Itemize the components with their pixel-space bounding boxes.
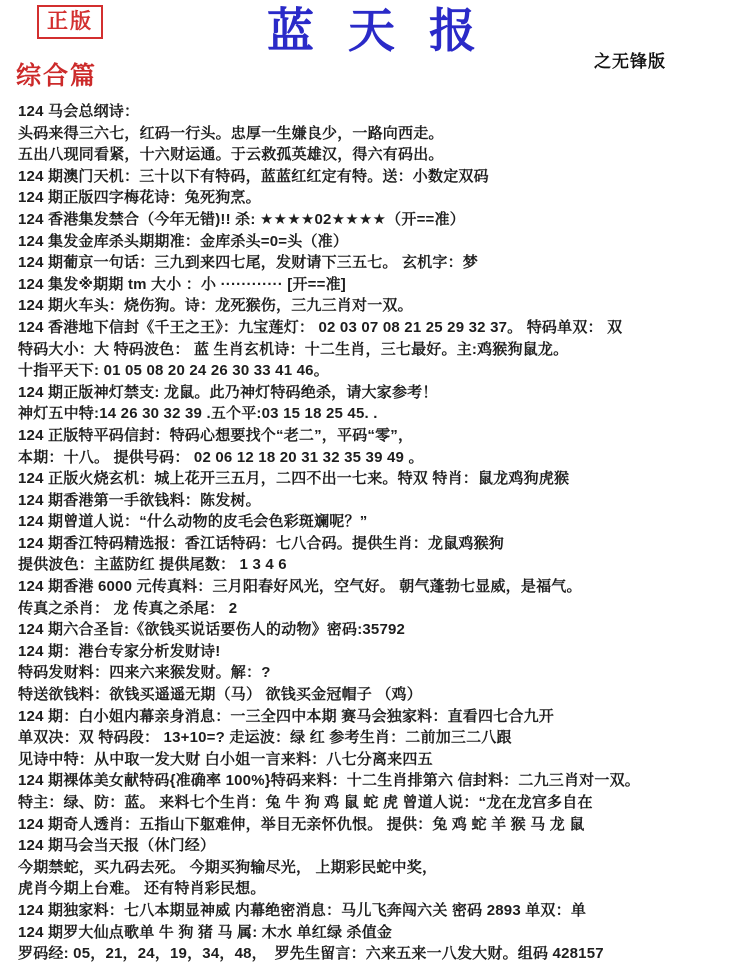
report-line: 124 期独家料：七八本期显神威 内幕绝密消息：马儿飞奔闯六关 密码 2893 … bbox=[18, 900, 739, 922]
report-line: 124 期澳门天机：三十以下有特码，蓝蓝红红定有特。送：小数定双码 bbox=[18, 166, 739, 188]
report-line: 124 期马会当天报（休门经） bbox=[18, 835, 739, 857]
report-line: 五出八现同看紧，十六财运通。于云救孤英雄汉，得六有码出。 bbox=[18, 144, 739, 166]
report-line: 124 期正版神灯禁支: 龙鼠。此乃神灯特码绝杀，请大家参考！ bbox=[18, 382, 739, 404]
report-line: 124 期：港台专家分析发财诗! bbox=[18, 641, 739, 663]
report-line: 传真之杀肖： 龙 传真之杀尾： 2 bbox=[18, 598, 739, 620]
report-line: 见诗中特：从中取一发大财 白小姐一言来料：八七分离来四五 bbox=[18, 749, 739, 771]
report-line: 124 期奇人透肖：五指山下躯难伸，举目无亲怀仇恨。 提供：兔 鸡 蛇 羊 猴 … bbox=[18, 814, 739, 836]
report-line: 124 期香港 6000 元传真料：三月阳春好风光，空气好。 朝气蓬勃七显威，是… bbox=[18, 576, 739, 598]
report-line: 124 期葡京一句话：三九到来四七尾，发财请下三五七。 玄机字：梦 bbox=[18, 252, 739, 274]
report-line: 124 正版特平码信封：特码心想要找个“老二”，平码“零”， bbox=[18, 425, 739, 447]
report-line: 特主：绿、防：蓝。 来料七个生肖：兔 牛 狗 鸡 鼠 蛇 虎 曾道人说：“龙在龙… bbox=[18, 792, 739, 814]
report-line: 虎肖今期上台难。 还有特肖彩民想。 bbox=[18, 878, 739, 900]
report-line: 124 期正版四字梅花诗：兔死狗烹。 bbox=[18, 187, 739, 209]
report-line: 神灯五中特:14 26 30 32 39 .五个平:03 15 18 25 45… bbox=[18, 403, 739, 425]
report-line: 罗码经: 05，21，24，19，34，48， 罗先生留言：六来五来一八发大财。… bbox=[18, 943, 739, 965]
report-line: 特码发财料：四来六来猴发财。解：? bbox=[18, 662, 739, 684]
report-line: 124 香港地下信封《千王之王》：九宝莲灯： 02 03 07 08 21 25… bbox=[18, 317, 739, 339]
report-line: 单双决：双 特码段： 13+10=? 走运波：绿 红 参考生肖：二前加三二八跟 bbox=[18, 727, 739, 749]
report-line: 124 期六合圣旨:《欲钱买说话要伤人的动物》密码:35792 bbox=[18, 619, 739, 641]
report-line: 特送欲钱料：欲钱买遥遥无期（马） 欲钱买金冠帽子 （鸡） bbox=[18, 684, 739, 706]
edition-label: 之无锋版 bbox=[594, 47, 666, 72]
report-line: 124 集发金库杀头期期准：金库杀头=0=头（准） bbox=[18, 231, 739, 253]
newspaper-page: 正版 蓝天报 之无锋版 综合篇 124 马会总纲诗：头码来得三六七，红码一行头。… bbox=[0, 0, 743, 970]
report-line: 提供波色：主蓝防红 提供尾数： 1 3 4 6 bbox=[18, 554, 739, 576]
report-body: 124 马会总纲诗：头码来得三六七，红码一行头。忠厚一生嫌良少，一路向西走。五出… bbox=[18, 101, 739, 965]
report-line: 124 集发※期期 tm 大小 ：小 ············ [开==准] bbox=[18, 274, 739, 296]
report-line: 124 马会总纲诗： bbox=[18, 101, 739, 123]
section-heading: 综合篇 bbox=[16, 56, 97, 92]
report-line: 124 期罗大仙点歌单 牛 狗 猪 马 属: 木水 单红绿 杀值金 bbox=[18, 922, 739, 944]
report-line: 特码大小：大 特码波色： 蓝 生肖玄机诗：十二生肖，三七最好。主:鸡猴狗鼠龙。 bbox=[18, 339, 739, 361]
report-line: 124 香港集发禁合（今年无错)!! 杀: ★★★★02★★★★（开==准） bbox=[18, 209, 739, 231]
report-line: 124 期香江特码精选报：香江话特码：七八合码。提供生肖：龙鼠鸡猴狗 bbox=[18, 533, 739, 555]
report-line: 124 正版火烧玄机：城上花开三五月，二四不出一七来。特双 特肖：鼠龙鸡狗虎猴 bbox=[18, 468, 739, 490]
report-line: 124 期香港第一手欲钱料：陈发树。 bbox=[18, 490, 739, 512]
report-line: 本期：十八。 提供号码： 02 06 12 18 20 31 32 35 39 … bbox=[18, 447, 739, 469]
report-line: 124 期曾道人说：“什么动物的皮毛会色彩斑斓呢？” bbox=[18, 511, 739, 533]
report-line: 头码来得三六七，红码一行头。忠厚一生嫌良少，一路向西走。 bbox=[18, 123, 739, 145]
report-line: 124 期火车头：烧伤狗。诗：龙死猴伤，三九三肖对一双。 bbox=[18, 295, 739, 317]
report-line: 今期禁蛇，买九码去死。 今期买狗输尽光， 上期彩民蛇中奖， bbox=[18, 857, 739, 879]
report-line: 124 期裸体美女献特码{准确率 100%}特码来料：十二生肖排第六 信封料：二… bbox=[18, 770, 739, 792]
report-line: 124 期：白小姐内幕亲身消息：一三全四中本期 赛马会独家料：直看四七合九开 bbox=[18, 706, 739, 728]
report-line: 十指平天下: 01 05 08 20 24 26 30 33 41 46。 bbox=[18, 360, 739, 382]
